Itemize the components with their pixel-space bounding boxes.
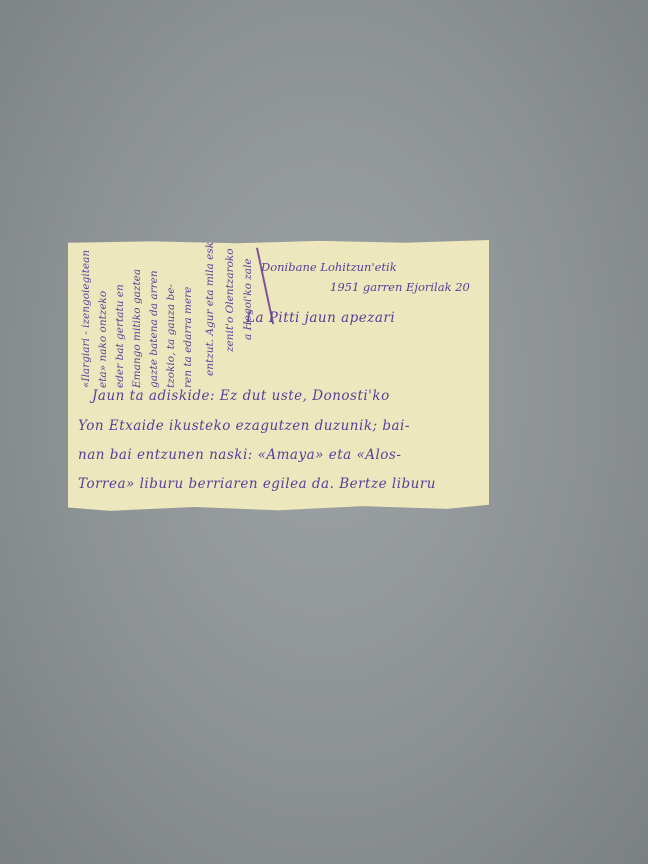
body-line-3: nan bai entzunen naski: «Amaya» eta «Alo… (78, 447, 401, 463)
body-line-1: Jaun ta adiskide: Ez dut uste, Donosti'k… (92, 388, 390, 404)
header-date: 1951 garren Ejorilak 20 (330, 280, 470, 294)
salutation: La Pitti jaun apezari (246, 310, 395, 326)
body-line-4: Torrea» liburu berriaren egilea da. Bert… (78, 476, 436, 492)
margin-line-2: eta» nako ontzeko (97, 291, 109, 388)
margin-line-6: tzokio, ta gauza be- (165, 284, 177, 388)
margin-line-7: ren ta edarra mere (182, 287, 194, 388)
header-place: Donibane Lohitzun'etik (261, 260, 397, 274)
margin-line-4: Emango mitiko gaztea (131, 269, 143, 388)
margin-line-5: gazte batena da arren (148, 270, 160, 388)
postcard: «Ilargiari - izengoiegitean eta» nako on… (68, 240, 489, 513)
margin-line-9: zenit'o Olentzaroko (224, 248, 236, 352)
margin-line-8: entzut. Agur eta mila esker (204, 231, 216, 376)
body-line-2: Yon Etxaide ikusteko ezagutzen duzunik; … (78, 418, 410, 434)
margin-line-10: a Hegoi'ko zale (242, 258, 254, 340)
margin-line-3: eder bat gertatu en (114, 284, 126, 388)
margin-line-1: «Ilargiari - izengoiegitean (80, 250, 92, 388)
